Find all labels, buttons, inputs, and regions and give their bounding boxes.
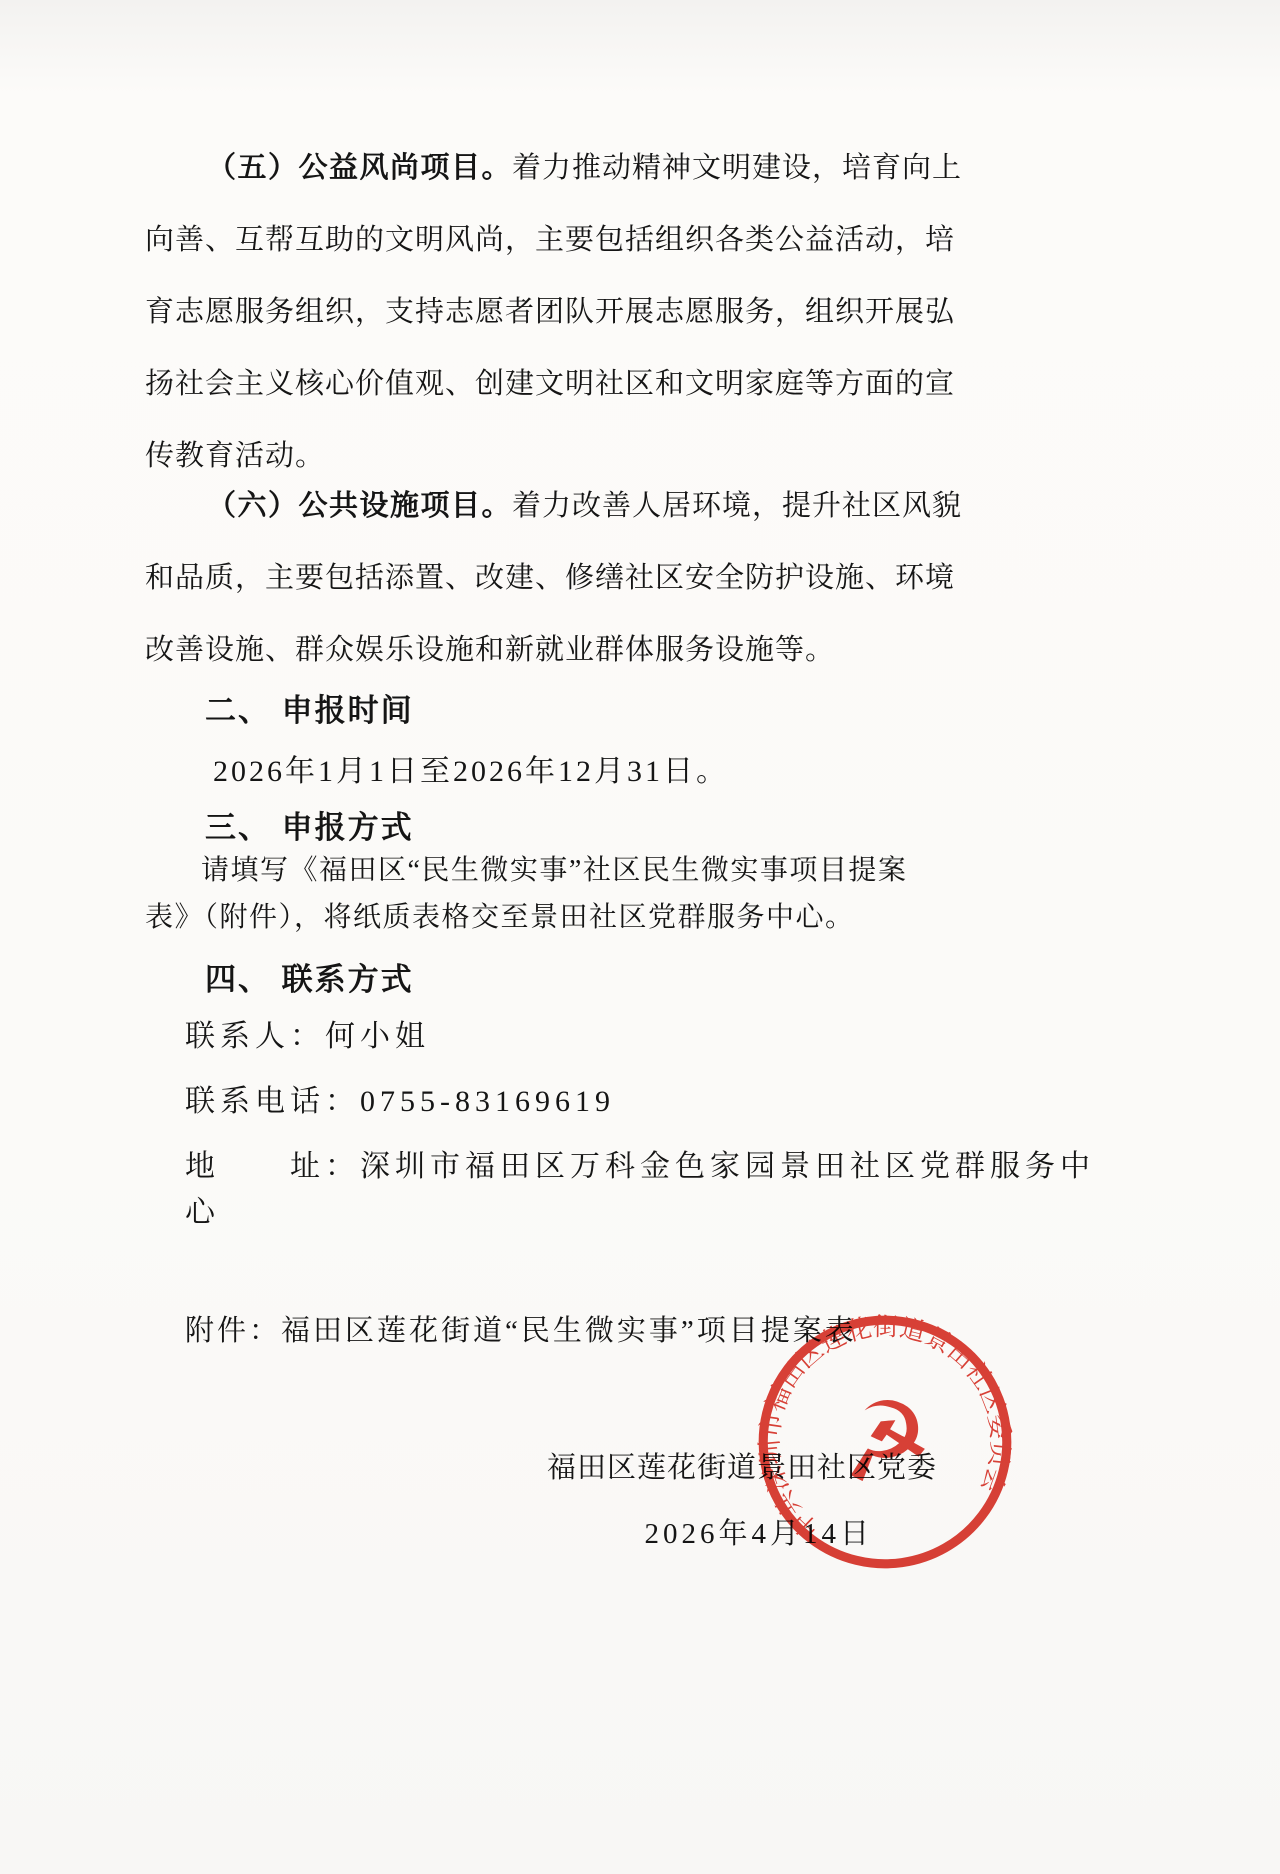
paragraph-public-welfare: （五）公益风尚项目。着力推动精神文明建设，培育向上 向善、互帮互助的文明风尚，主… bbox=[145, 132, 945, 492]
paragraph-6-line-2: 和品质，主要包括添置、改建、修缮社区安全防护设施、环境 bbox=[145, 542, 945, 614]
paragraph-6-line-1: 着力改善人居环境，提升社区风貌 bbox=[512, 490, 962, 522]
paragraph-5-lead: （五）公益风尚项目。 bbox=[207, 152, 512, 184]
method-line-1: 请填写《福田区“民生微实事”社区民生微实事项目提案 bbox=[145, 847, 960, 894]
paragraph-5-line-1: 着力推动精神文明建设，培育向上 bbox=[512, 152, 962, 184]
method-line-2: 表》（附件），将纸质表格交至景田社区党群服务中心。 bbox=[145, 894, 960, 941]
hammer-sickle-icon: ☭ bbox=[829, 1374, 940, 1509]
paragraph-5-line-2: 向善、互帮互助的文明风尚，主要包括组织各类公益活动，培 bbox=[145, 204, 945, 276]
text-line: （六）公共设施项目。着力改善人居环境，提升社区风貌 bbox=[145, 470, 945, 542]
contact-phone: 联系电话：0755-83169619 bbox=[185, 1079, 615, 1125]
official-seal: 中共深圳市福田区莲花街道景田社区委员会 ☭ bbox=[730, 1287, 1039, 1596]
paragraph-5-line-4: 扬社会主义核心价值观、创建文明社区和文明家庭等方面的宣 bbox=[145, 348, 945, 420]
contact-address: 地 址：深圳市福田区万科金色家园景田社区党群服务中 心 bbox=[185, 1144, 965, 1236]
address-line-1: 地 址：深圳市福田区万科金色家园景田社区党群服务中 bbox=[185, 1144, 965, 1190]
paragraph-application-method: 请填写《福田区“民生微实事”社区民生微实事项目提案 表》（附件），将纸质表格交至… bbox=[145, 847, 960, 941]
paragraph-6-lead: （六）公共设施项目。 bbox=[207, 490, 512, 522]
paragraph-public-facilities: （六）公共设施项目。着力改善人居环境，提升社区风貌 和品质，主要包括添置、改建、… bbox=[145, 470, 945, 686]
section-heading-contact: 四、 联系方式 bbox=[205, 944, 414, 1016]
contact-person: 联系人：何小姐 bbox=[185, 1014, 430, 1060]
text-line: （五）公益风尚项目。着力推动精神文明建设，培育向上 bbox=[145, 132, 945, 204]
address-line-2: 心 bbox=[185, 1190, 965, 1236]
document-page: （五）公益风尚项目。着力推动精神文明建设，培育向上 向善、互帮互助的文明风尚，主… bbox=[0, 0, 1280, 1874]
paragraph-5-line-3: 育志愿服务组织，支持志愿者团队开展志愿服务，组织开展弘 bbox=[145, 276, 945, 348]
